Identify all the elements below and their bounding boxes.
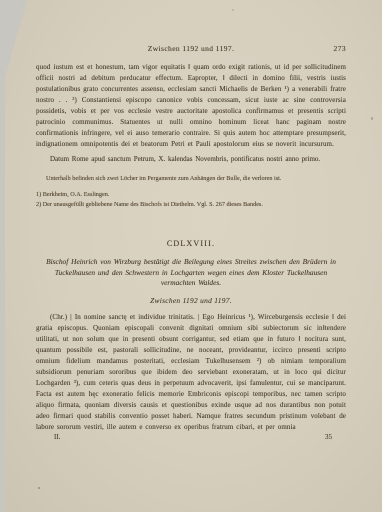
running-header: Zwischen 1192 und 1197. 273 <box>36 44 346 53</box>
page-footer: II. 35 <box>36 433 346 441</box>
scanned-book-page: Zwischen 1192 und 1197. 273 quod iustum … <box>0 0 382 512</box>
charter-number: CDLXVIII. <box>36 239 346 248</box>
paper-sheet: Zwischen 1192 und 1197. 273 quod iustum … <box>0 0 382 512</box>
footnote-1: 1) Berkheim, O.A. Esslingen. <box>36 190 346 200</box>
paper-speck <box>371 117 373 120</box>
charter-body: (Chr.) | In nomine sanctę et individue t… <box>36 312 346 433</box>
footnote-2: 2) Der unausgefüllt gebliebene Name des … <box>36 200 346 210</box>
volume-mark: II. <box>54 433 60 441</box>
previous-charter-datum: Datum Rome apud sanctum Petrum, X. kalen… <box>36 154 346 165</box>
page-content: Zwischen 1192 und 1197. 273 quod iustum … <box>36 44 346 441</box>
footnotes-block: 1) Berkheim, O.A. Esslingen. 2) Der unau… <box>36 190 346 209</box>
signature-number: 35 <box>325 433 332 441</box>
paper-speck <box>38 487 40 489</box>
paper-speck <box>232 9 234 11</box>
previous-charter-body: quod iustum est et honestum, tam vigor e… <box>36 62 346 150</box>
archival-note: Unterhalb befinden sich zwei Löcher im P… <box>36 174 346 183</box>
page-number: 273 <box>334 44 346 53</box>
charter-date: Zwischen 1192 und 1197. <box>36 296 346 305</box>
running-header-title: Zwischen 1192 und 1197. <box>148 44 235 53</box>
charter-summary: Bischof Heinrich von Wirzburg bestätigt … <box>40 257 342 289</box>
